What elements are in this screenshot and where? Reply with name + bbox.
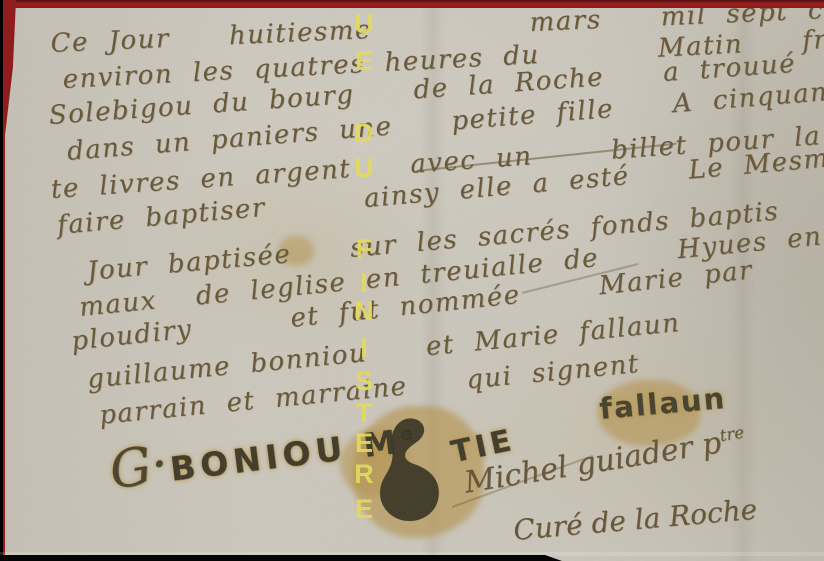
priest-name-superscript: tre — [718, 423, 745, 446]
manuscript-scan: Ce Jour huitiesme mars mil sept cent vin… — [0, 0, 824, 561]
ink-blot — [368, 416, 456, 528]
signature-g-initial: G· — [106, 434, 172, 501]
